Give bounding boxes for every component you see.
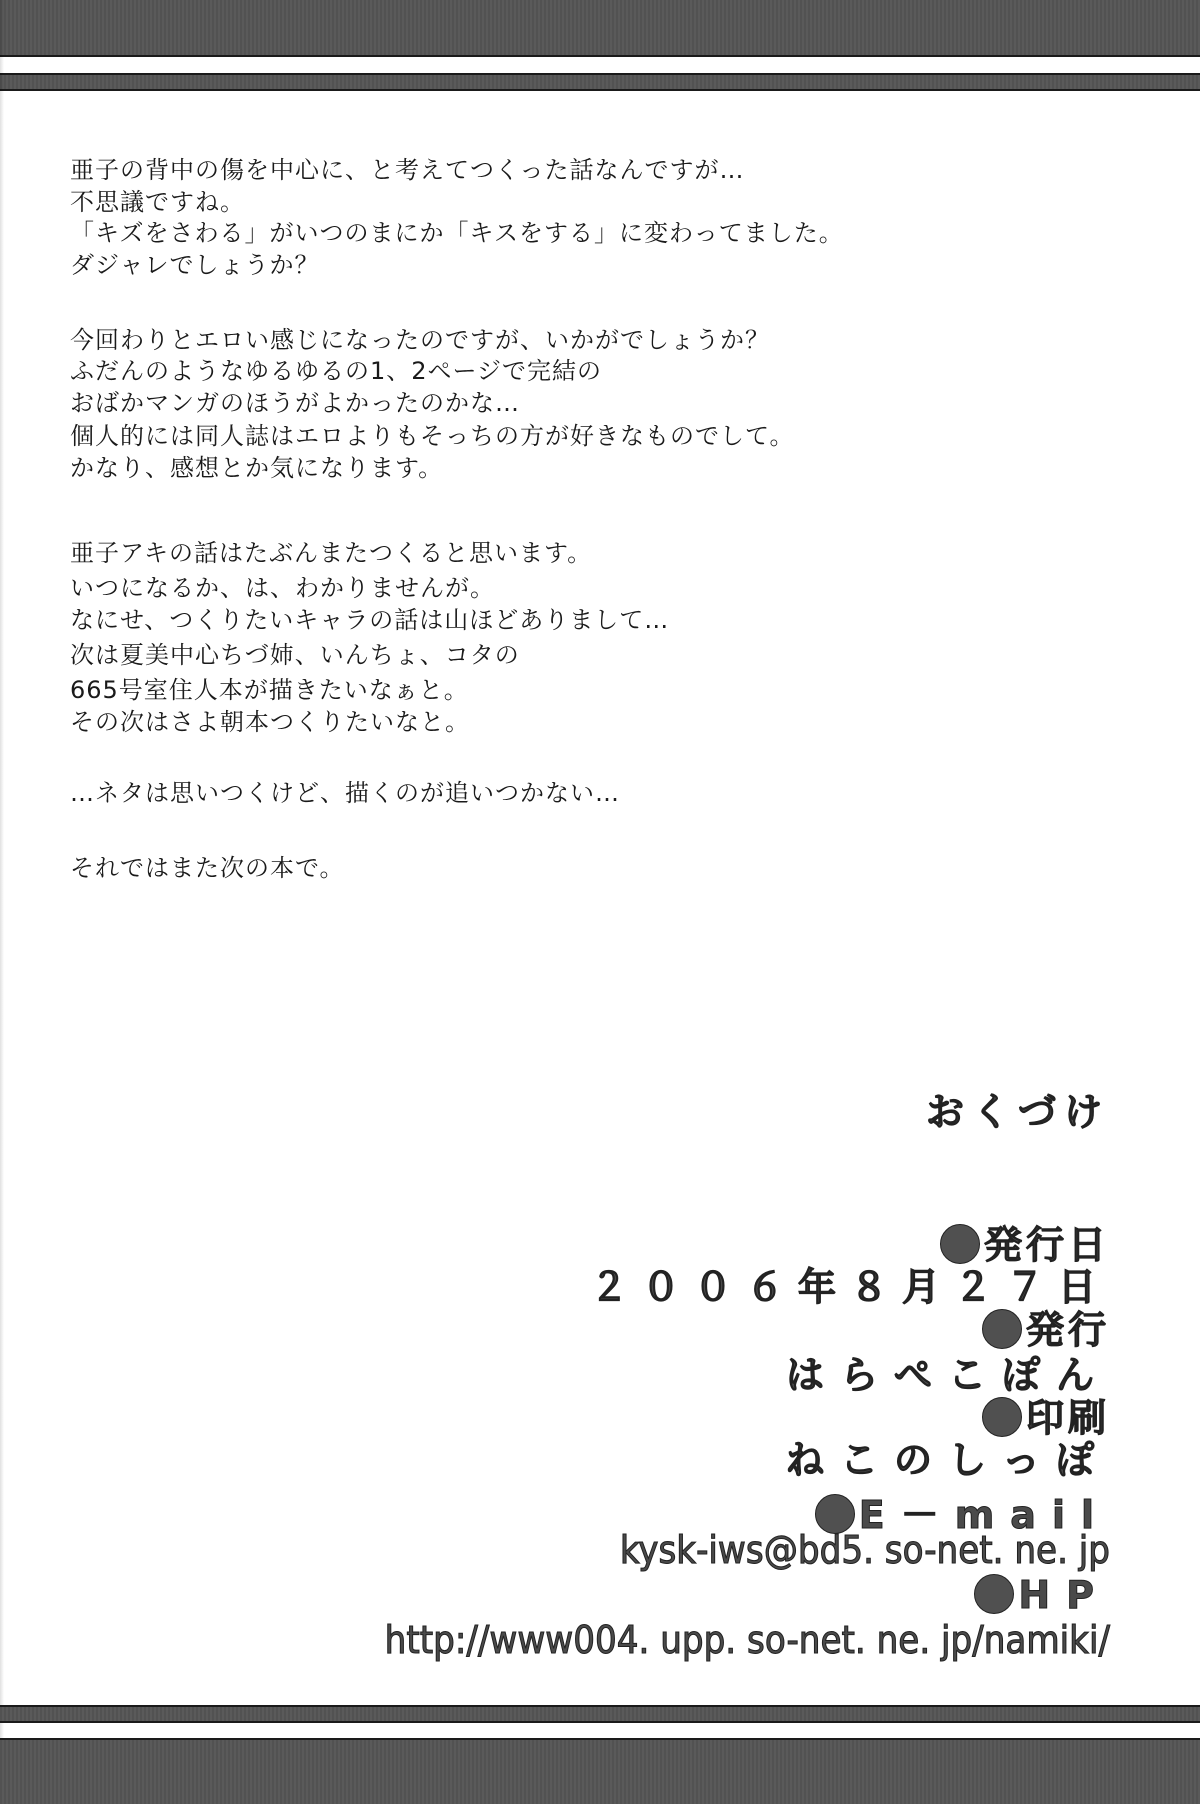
printer-name: ねこのしっぽ [786,1438,1110,1482]
afterword-line: なにせ、つくりたいキャラの話は山ほどありまして… [70,605,669,635]
bullet-icon [982,1397,1022,1437]
afterword-line: …ネタは思いつくけど、描くのが追いつかない… [70,778,620,808]
bottom-border-stripe [0,1705,1200,1723]
afterword-line: いつになるか、は、わかりませんが。 [70,573,495,603]
afterword-line: 不思議ですね。 [70,187,245,217]
printer-label: 印刷 [982,1396,1110,1440]
afterword-line: 「キズをさわる」がいつのまにか「キスをする」に変わってました。 [70,218,844,248]
publisher-label: 発行 [982,1308,1110,1352]
publisher-name: はらぺこぽん [786,1353,1110,1397]
afterword-line: ふだんのようなゆるゆるの1、2ページで完結の [70,356,602,386]
top-border-band [0,0,1200,57]
bullet-icon [982,1309,1022,1349]
afterword-line: 亜子アキの話はたぶんまたつくると思います。 [70,538,592,568]
bullet-icon [940,1224,980,1264]
hp-label: HP [974,1573,1110,1617]
afterword-line: おばかマンガのほうがよかったのかな… [70,388,520,418]
afterword-line: 665号室住人本が描きたいなぁと。 [70,675,469,705]
bullet-icon [974,1574,1014,1614]
afterword-line: その次はさよ朝本つくりたいなと。 [70,707,470,737]
homepage-url[interactable]: http://www004. upp. so-net. ne. jp/namik… [385,1618,1110,1662]
afterword-line: 亜子の背中の傷を中心に、と考えてつくった話なんですが… [70,155,745,185]
afterword-line: 今回わりとエロい感じになったのですが、いかがでしょうか？ [70,325,770,355]
afterword-line: それではまた次の本で。 [70,853,345,883]
colophon-title: おくづけ [926,1090,1110,1134]
afterword-line: かなり、感想とか気になります。 [70,453,443,483]
afterword-line: ダジャレでしょうか？ [70,250,320,280]
afterword-line: 個人的には同人誌はエロよりもそっちの方が好きなものでして。 [70,421,795,451]
bottom-border-band [0,1738,1200,1804]
afterword-line: 次は夏美中心ちづ姉、いんちょ、コタの [70,640,520,670]
top-border-stripe [0,73,1200,91]
email-address[interactable]: kysk-iws@bd5. so-net. ne. jp [620,1528,1110,1572]
issue-date: ２００６年８月２７日 [590,1265,1110,1309]
issue-date-label: 発行日 [940,1223,1110,1267]
page-edge-shadow [0,0,4,1804]
